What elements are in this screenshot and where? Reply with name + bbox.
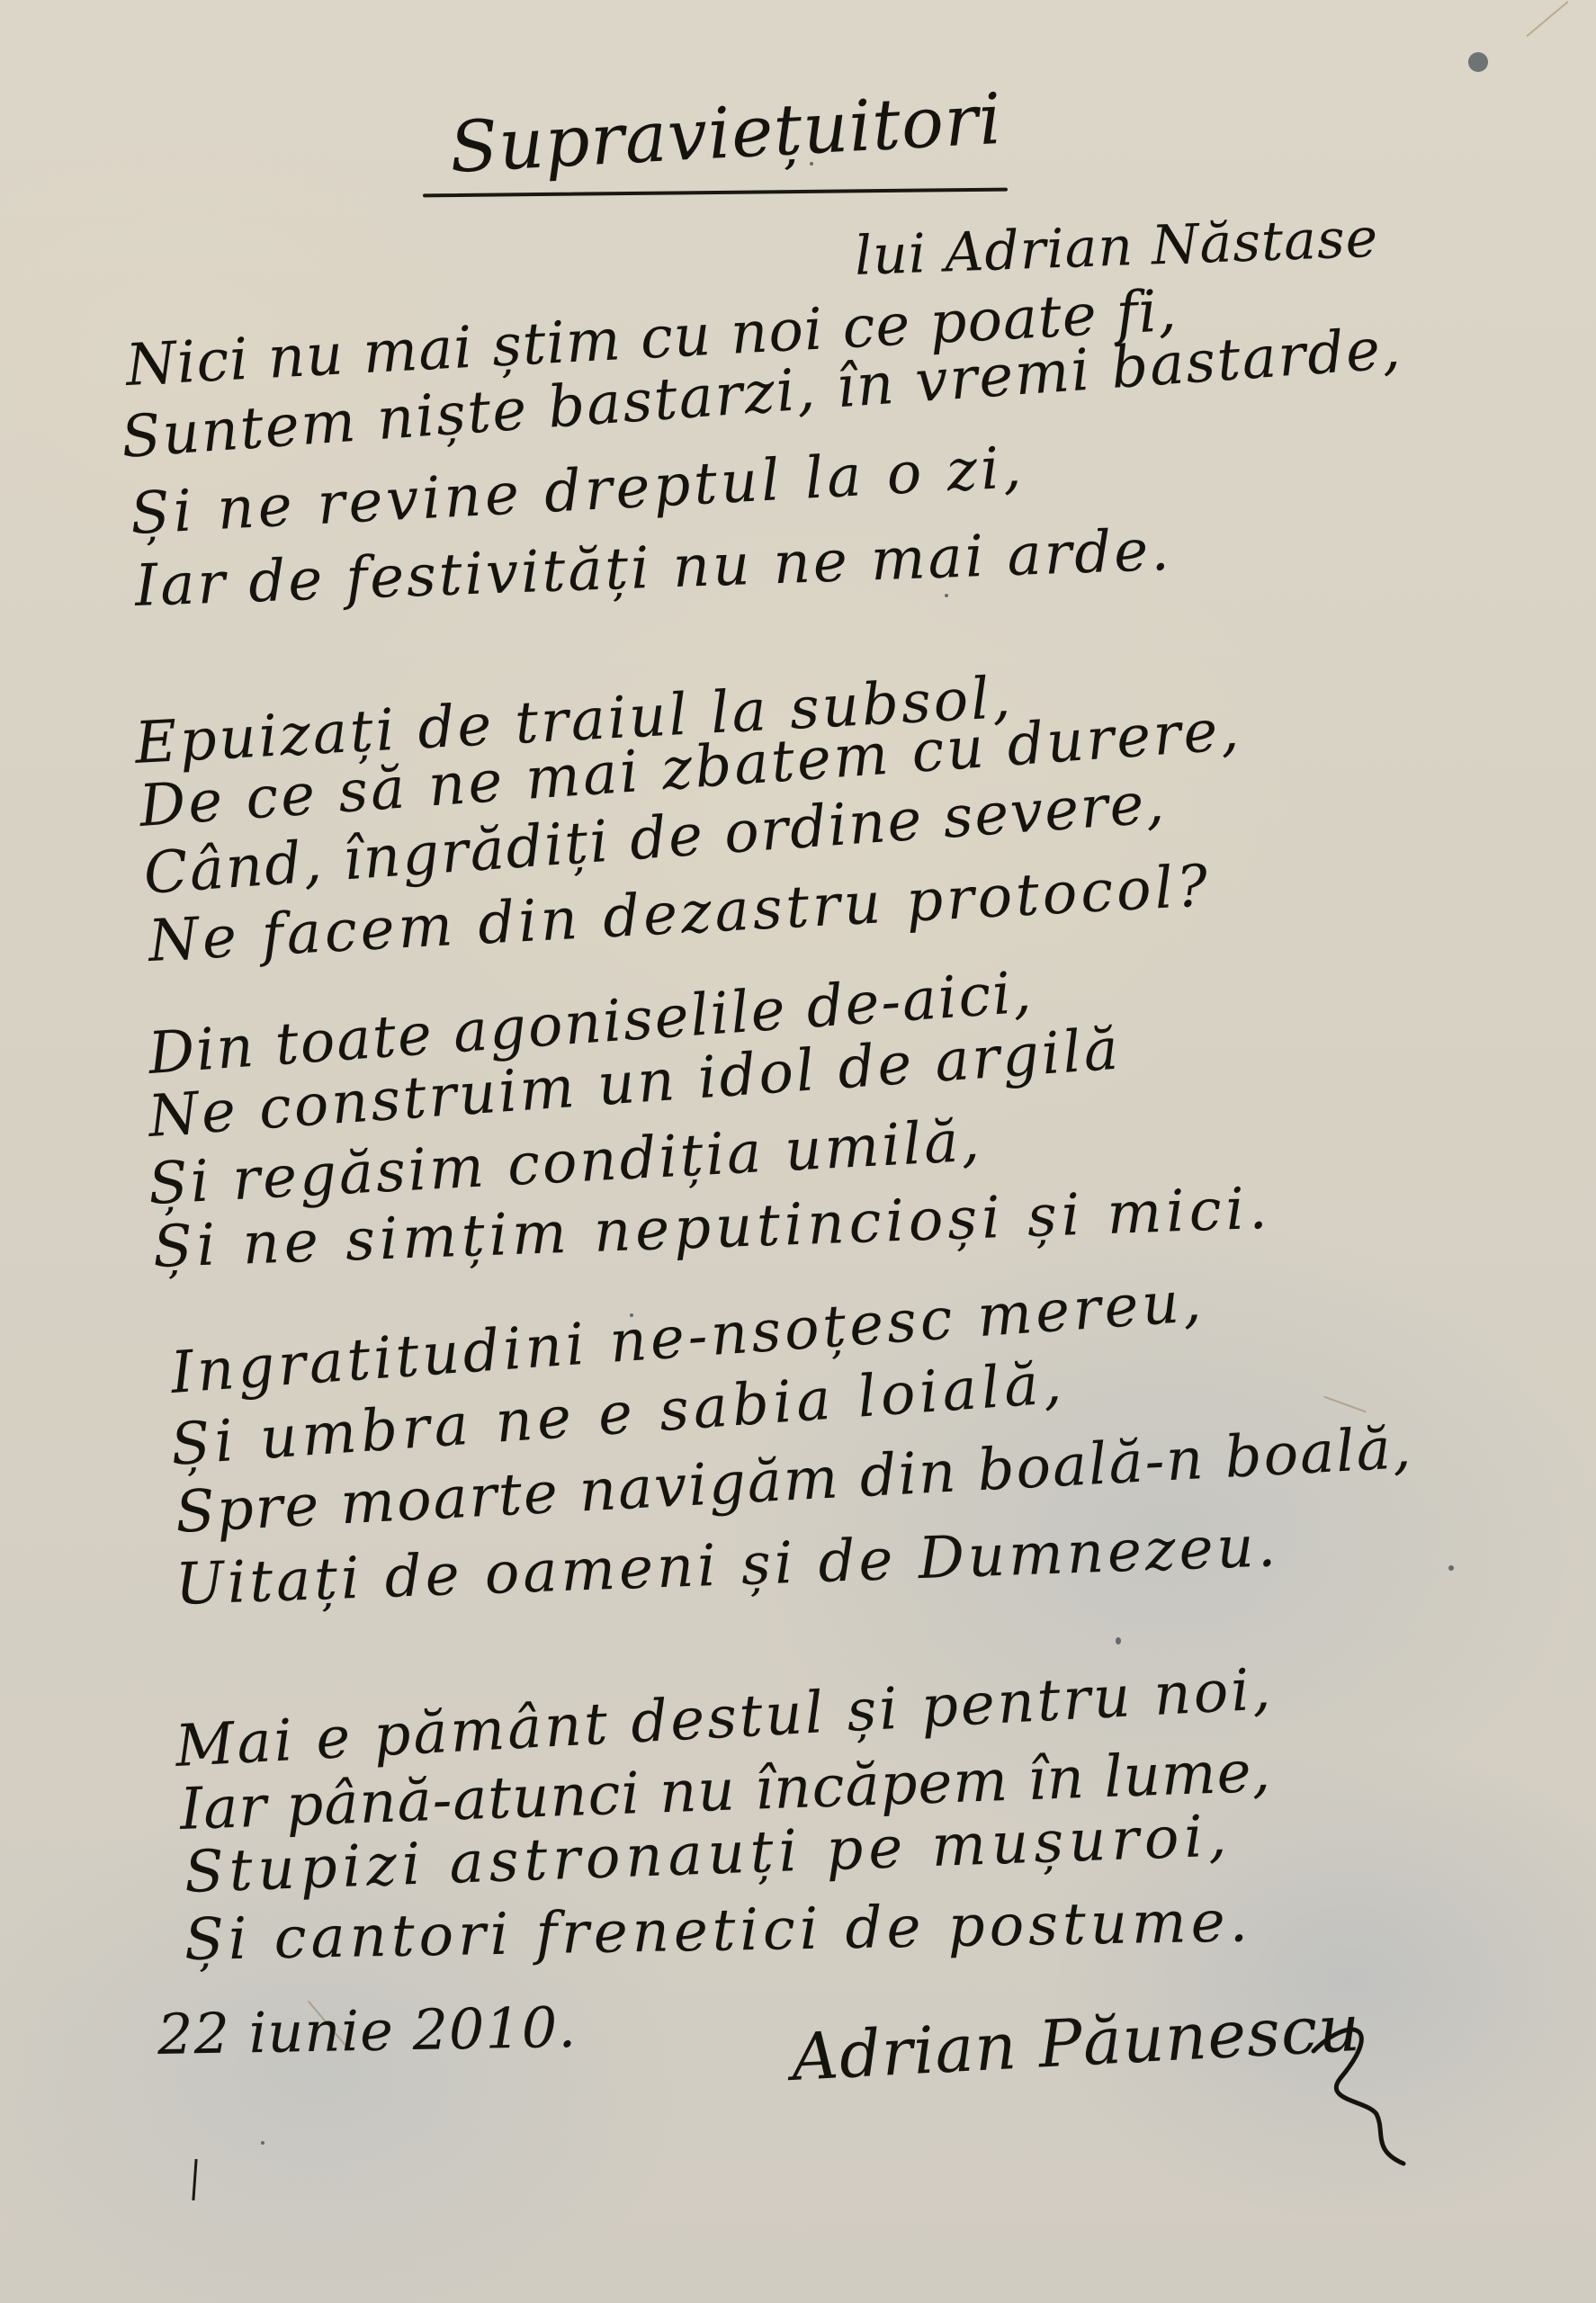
paper-speck [261, 2141, 265, 2145]
paper-speck [1116, 1637, 1121, 1644]
verse-line: Și cantori frenetici de postume. [184, 1888, 1252, 1974]
title-underline [423, 188, 1008, 198]
paper-speck [1448, 1565, 1454, 1571]
date: 22 iunie 2010. [157, 1994, 577, 2067]
margin-mark [192, 2159, 197, 2200]
dedication: lui Adrian Năstase [854, 207, 1380, 288]
poem-title: Supraviețuitori [448, 79, 1004, 189]
signature: Adrian Păunescu [790, 1990, 1363, 2095]
paper-fiber [1323, 1396, 1367, 1413]
ink-spot [1468, 52, 1488, 72]
paper-fiber [1526, 1, 1568, 37]
manuscript-page: Supraviețuitori lui Adrian Năstase Nici … [0, 0, 1596, 2303]
paper-speck [945, 594, 948, 597]
signature-flourish-icon [1287, 2015, 1430, 2168]
